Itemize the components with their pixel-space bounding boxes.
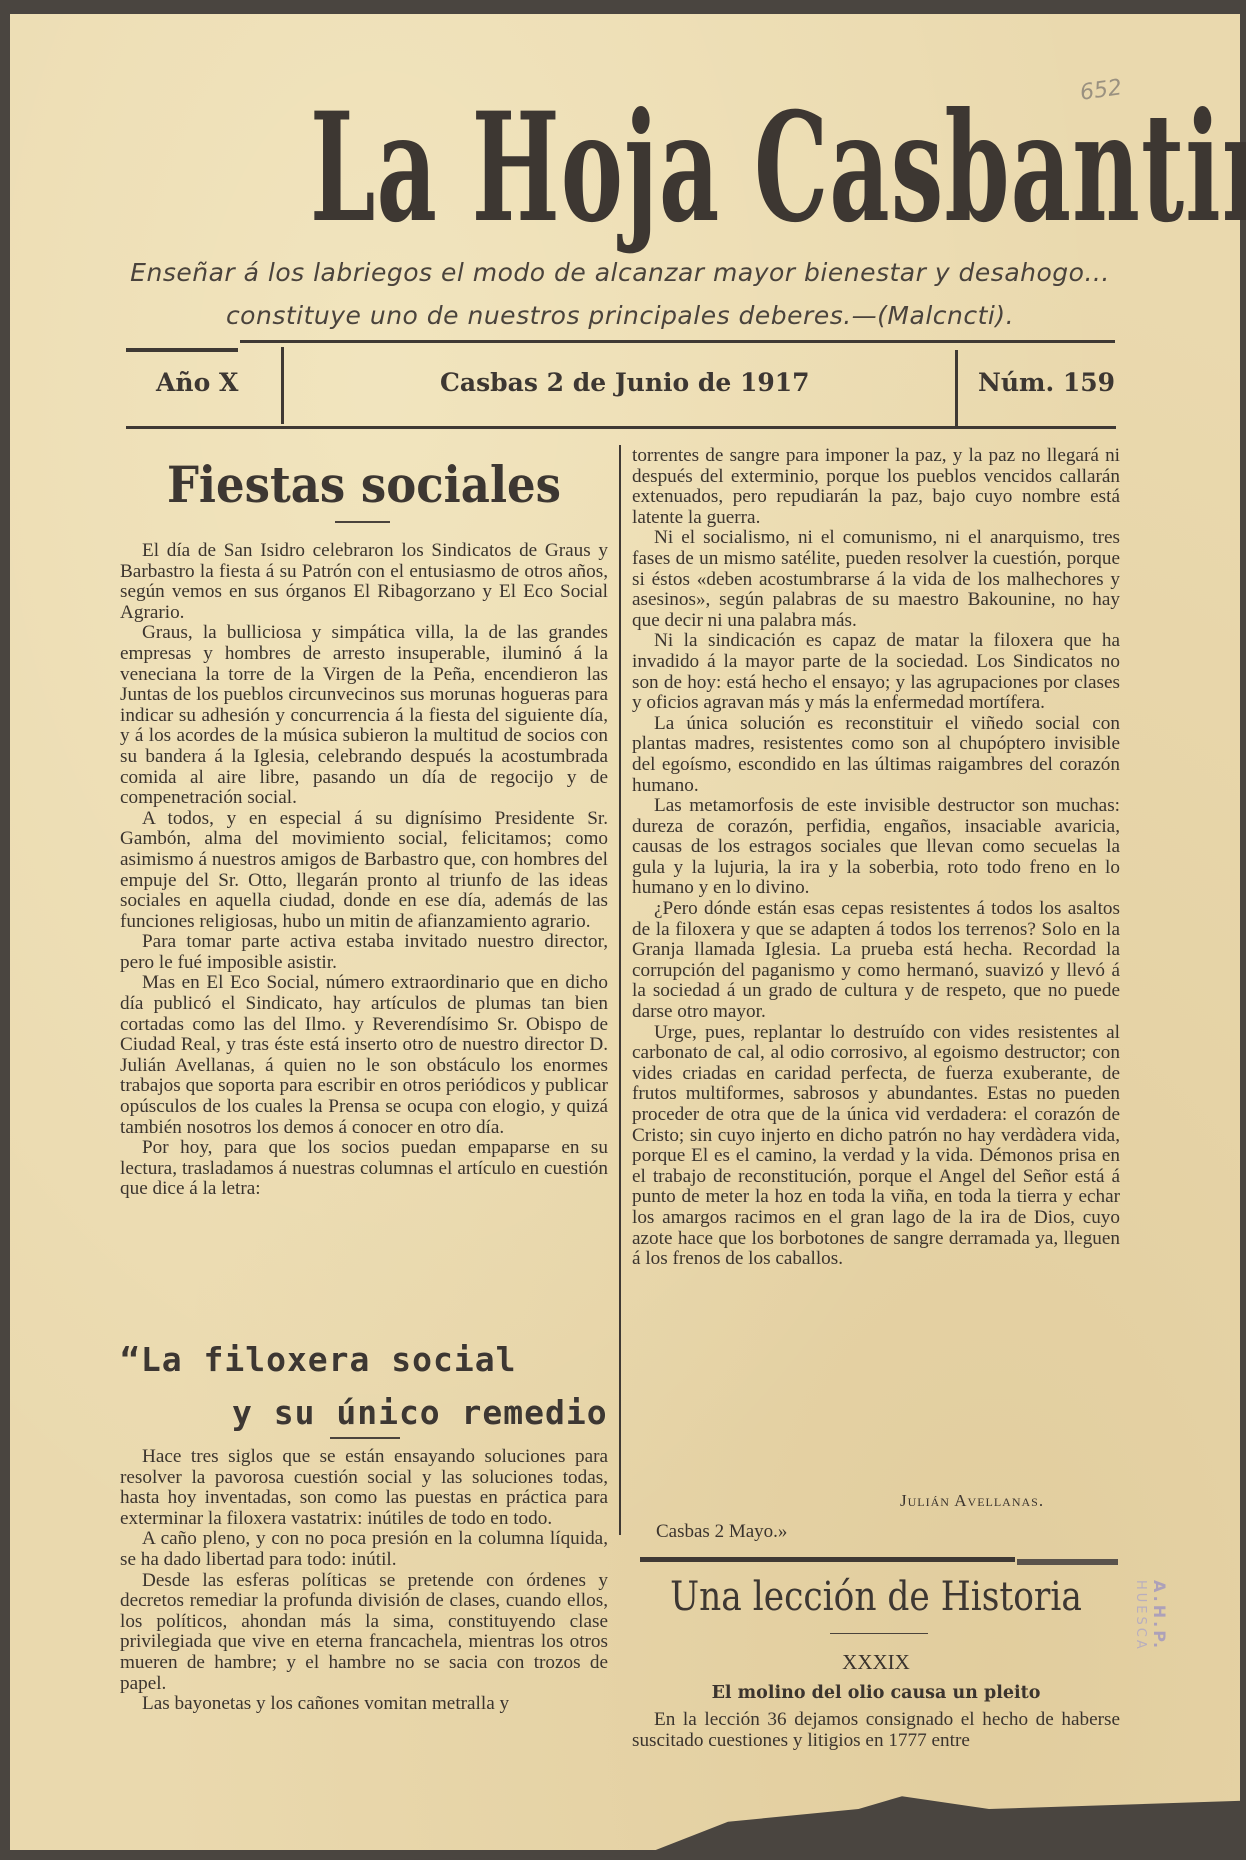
paragraph: ¿Pero dónde están esas cepas resistentes… (632, 899, 1120, 1023)
headline-separator (330, 1437, 400, 1439)
article-subheadline: El molino del olio causa un pleito (632, 1683, 1120, 1703)
paragraph: A todos, y en especial á su dignísimo Pr… (120, 809, 608, 933)
section-rule (640, 1557, 1015, 1562)
article-headline-filoxera-line2: y su único remedio (232, 1393, 608, 1432)
article-headline-filoxera-line1: “La filoxera social (120, 1340, 517, 1379)
article-signature: Julián Avellanas. (900, 1491, 1044, 1511)
paragraph: En la lección 36 dejamos consignado el h… (632, 1710, 1120, 1751)
infobar-divider-left (281, 347, 284, 424)
paragraph: Las metamorfosis de este invisible destr… (632, 796, 1120, 899)
article-headline-leccion-historia: Una lección de Historia (666, 1574, 1086, 1620)
paragraph: Hace tres siglos que se están ensayando … (120, 1447, 608, 1529)
article-filoxera-body-right: torrentes de sangre para imponer la paz,… (632, 446, 1120, 1270)
infobar-top-left-rule (126, 348, 238, 352)
archive-stamp-location: HUESCA (1133, 1580, 1148, 1652)
section-rule-right (1017, 1559, 1118, 1565)
paragraph: La única solución es reconstituir el viñ… (632, 714, 1120, 796)
masthead-tagline-line1: Enseñar á los labriegos el modo de alcan… (120, 258, 1120, 287)
infobar-issue-number: Núm. 159 (978, 368, 1115, 397)
infobar-dateline: Casbas 2 de Junio de 1917 (440, 368, 810, 397)
masthead-title: La Hoja Casbantina (310, 88, 930, 248)
paragraph: torrentes de sangre para imponer la paz,… (632, 446, 1120, 528)
paragraph: A caño pleno, y con no poca presión en l… (120, 1529, 608, 1570)
paragraph: Ni la sindicación es capaz de matar la f… (632, 631, 1120, 713)
infobar-year: Año X (156, 368, 238, 397)
article-filoxera-body-left: Hace tres siglos que se están ensayando … (120, 1447, 608, 1715)
archive-stamp: A.H.P. (1150, 1580, 1169, 1651)
lesson-number: XXXIX (632, 1650, 1120, 1675)
paragraph: Para tomar parte activa estaba invitado … (120, 932, 608, 973)
paragraph: Ni el socialismo, ni el comunismo, ni el… (632, 528, 1120, 631)
paragraph: Desde las esferas políticas se pretende … (120, 1571, 608, 1695)
article-historia-body: En la lección 36 dejamos consignado el h… (632, 1710, 1120, 1751)
infobar-bottom-rule (126, 426, 1116, 429)
paragraph: Las bayonetas y los cañones vomitan metr… (120, 1694, 608, 1715)
masthead-tagline-line2: constituye uno de nuestros principales d… (120, 301, 1120, 330)
article-fiestas-body: El día de San Isidro celebraron los Sind… (120, 541, 608, 1200)
paragraph: Graus, la bulliciosa y simpática villa, … (120, 623, 608, 808)
column-divider (619, 445, 621, 1535)
article-dateline: Casbas 2 Mayo.» (656, 1521, 787, 1543)
paragraph: Mas en El Eco Social, número extraordina… (120, 973, 608, 1138)
infobar-top-rule (240, 340, 1115, 343)
paragraph: Urge, pues, replantar lo destruído con v… (632, 1023, 1120, 1270)
headline-separator (335, 521, 390, 523)
article-headline-fiestas-sociales: Fiestas sociales (144, 455, 583, 514)
paragraph: El día de San Isidro celebraron los Sind… (120, 541, 608, 623)
headline-separator (830, 1633, 928, 1634)
infobar-divider-right (955, 350, 958, 427)
paragraph: Por hoy, para que los socios puedan empa… (120, 1138, 608, 1200)
